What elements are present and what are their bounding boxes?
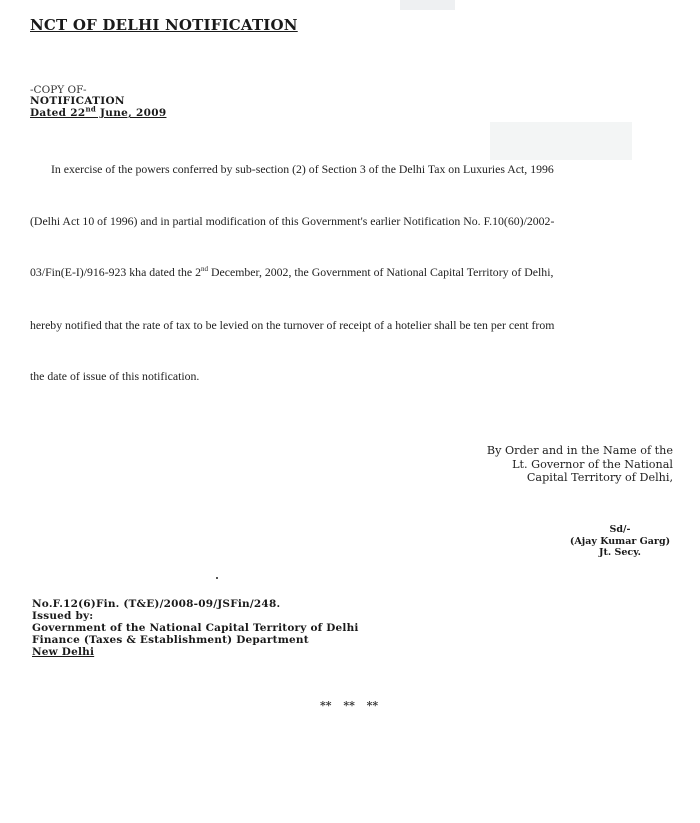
- issuer-block: No.F.12(6)Fin. (T&E)/2008-09/JSFin/248. …: [32, 598, 359, 658]
- signatory-name: (Ajay Kumar Garg): [560, 536, 680, 548]
- body-line: In exercise of the powers conferred by s…: [51, 162, 554, 177]
- notification-date: Dated 22nd June, 2009: [30, 107, 166, 119]
- body-line: (Delhi Act 10 of 1996) and in partial mo…: [30, 214, 554, 229]
- body-line: the date of issue of this notification.: [30, 369, 199, 384]
- document-title: NCT OF DELHI NOTIFICATION: [30, 16, 298, 34]
- signatory-block: Sd/- (Ajay Kumar Garg) Jt. Secy.: [560, 524, 680, 559]
- issuing-government: Government of the National Capital Terri…: [32, 622, 359, 634]
- order-line: Capital Territory of Delhi,: [487, 471, 673, 485]
- by-order-block: By Order and in the Name of the Lt. Gove…: [487, 444, 673, 485]
- body-line: hereby notified that the rate of tax to …: [30, 318, 554, 333]
- issuing-department: Finance (Taxes & Establishment) Departme…: [32, 634, 359, 646]
- signatory-designation: Jt. Secy.: [560, 547, 680, 559]
- scan-shading: [400, 0, 455, 10]
- issued-by-label: Issued by:: [32, 610, 359, 622]
- reference-number: No.F.12(6)Fin. (T&E)/2008-09/JSFin/248.: [32, 598, 359, 610]
- scan-shading: [490, 122, 632, 160]
- notification-label: NOTIFICATION: [30, 95, 125, 107]
- issuing-city: New Delhi: [32, 646, 359, 658]
- order-line: By Order and in the Name of the: [487, 444, 673, 458]
- body-line: 03/Fin(E-I)/916-923 kha dated the 2nd De…: [30, 265, 553, 280]
- signed-mark: Sd/-: [560, 524, 680, 536]
- order-line: Lt. Governor of the National: [487, 458, 673, 472]
- scan-speck: [216, 577, 218, 579]
- end-marks: ** ** **: [320, 699, 378, 712]
